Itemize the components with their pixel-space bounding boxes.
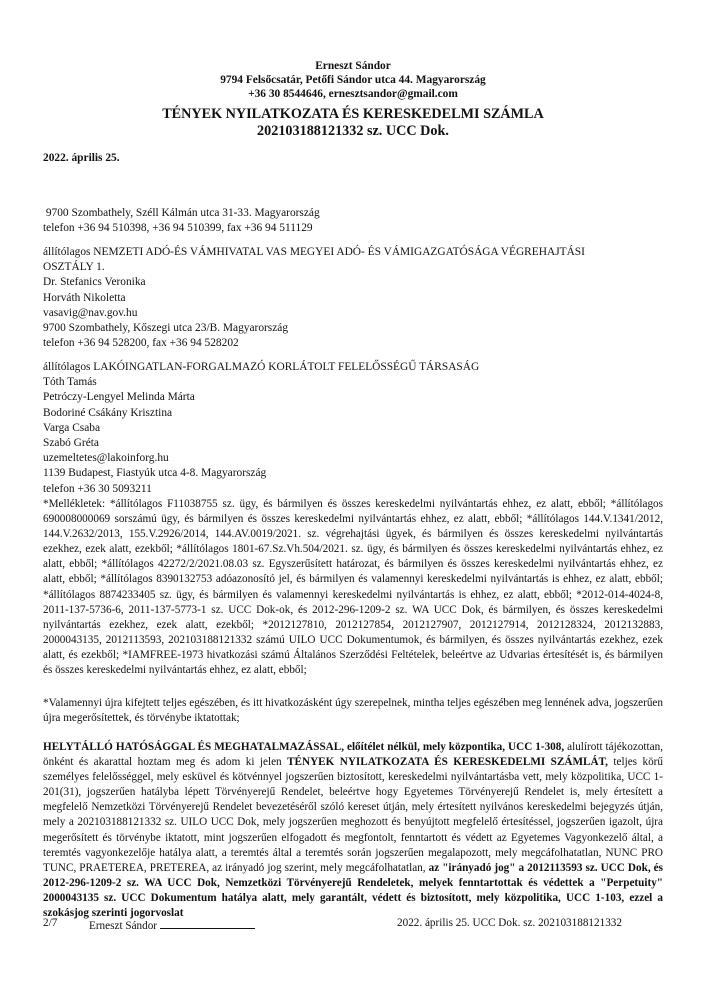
document-page: Erneszt Sándor 9794 Felsőcsatár, Petőfi … (0, 0, 706, 1000)
sender-header: Erneszt Sándor 9794 Felsőcsatár, Petőfi … (0, 59, 706, 101)
phone-line: telefon +36 94 528200, fax +36 94 528202 (43, 336, 663, 351)
document-date: 2022. április 25. (43, 152, 120, 164)
sender-name: Erneszt Sándor (0, 59, 706, 73)
signature-area: Erneszt Sándor (89, 917, 255, 932)
declaration-text-4: teljes körű személyes felelősséggel, mel… (43, 756, 663, 874)
main-declaration-paragraph: HELYTÁLLÓ HATÓSÁGGAL ÉS MEGHATALMAZÁSSAL… (43, 740, 663, 921)
page-number: 2/7 (43, 917, 57, 929)
sender-contact: +36 30 8544646, ernesztsandor@gmail.com (0, 87, 706, 101)
address-line: állítólagos LAKÓINGATLAN-FORGALMAZÓ KORL… (43, 360, 663, 375)
recipient-block-1: 9700 Szombathely, Széll Kálmán utca 31-3… (43, 206, 663, 236)
recipient-block-2: állítólagos NEMZETI ADÓ-ÉS VÁMHIVATAL VA… (43, 245, 663, 351)
title-line-2: 202103188121332 sz. UCC Dok. (0, 123, 706, 140)
address-line: OSZTÁLY 1. (43, 260, 663, 275)
address-line: Szabó Gréta (43, 436, 663, 451)
address-line: Tóth Tamás (43, 375, 663, 390)
address-line: Bodoriné Csákány Krisztina (43, 406, 663, 421)
phone-line: telefon +36 30 5093211 (43, 482, 663, 497)
attachments-paragraph: *Mellékletek: *állítólagos F11038755 sz.… (43, 497, 663, 678)
declaration-bold-3: TÉNYEK NYILATKOZATA ÉS KERESKEDELMI SZÁM… (287, 756, 608, 768)
incorporation-paragraph: *Valamennyi újra kifejtett teljes egészé… (43, 696, 663, 726)
address-line: Dr. Stefanics Veronika (43, 275, 663, 290)
address-line: Varga Csaba (43, 421, 663, 436)
signature-line (160, 917, 255, 929)
address-line: Horváth Nikoletta (43, 291, 663, 306)
declaration-bold-1: HELYTÁLLÓ HATÓSÁGGAL ÉS MEGHATALMAZÁSSAL… (43, 741, 564, 753)
address-line: 9700 Szombathely, Kőszegi utca 23/B. Mag… (43, 321, 663, 336)
address-line: 1139 Budapest, Fiastyúk utca 4-8. Magyar… (43, 466, 663, 481)
recipient-block-3: állítólagos LAKÓINGATLAN-FORGALMAZÓ KORL… (43, 360, 663, 497)
sender-address: 9794 Felsőcsatár, Petőfi Sándor utca 44.… (0, 73, 706, 87)
footer-reference: 2022. április 25. UCC Dok. sz. 202103188… (397, 917, 622, 929)
signer-name: Erneszt Sándor (89, 920, 157, 932)
address-line: Petróczy-Lengyel Melinda Márta (43, 390, 663, 405)
title-line-1: TÉNYEK NYILATKOZATA ÉS KERESKEDELMI SZÁM… (0, 106, 706, 123)
address-line: 9700 Szombathely, Széll Kálmán utca 31-3… (43, 206, 663, 221)
address-line: telefon +36 94 510398, +36 94 510399, fa… (43, 221, 663, 236)
email-line: uzemeltetes@lakoinforg.hu (43, 451, 663, 466)
email-line: vasavig@nav.gov.hu (43, 306, 663, 321)
document-title: TÉNYEK NYILATKOZATA ÉS KERESKEDELMI SZÁM… (0, 106, 706, 139)
address-line: állítólagos NEMZETI ADÓ-ÉS VÁMHIVATAL VA… (43, 245, 663, 260)
